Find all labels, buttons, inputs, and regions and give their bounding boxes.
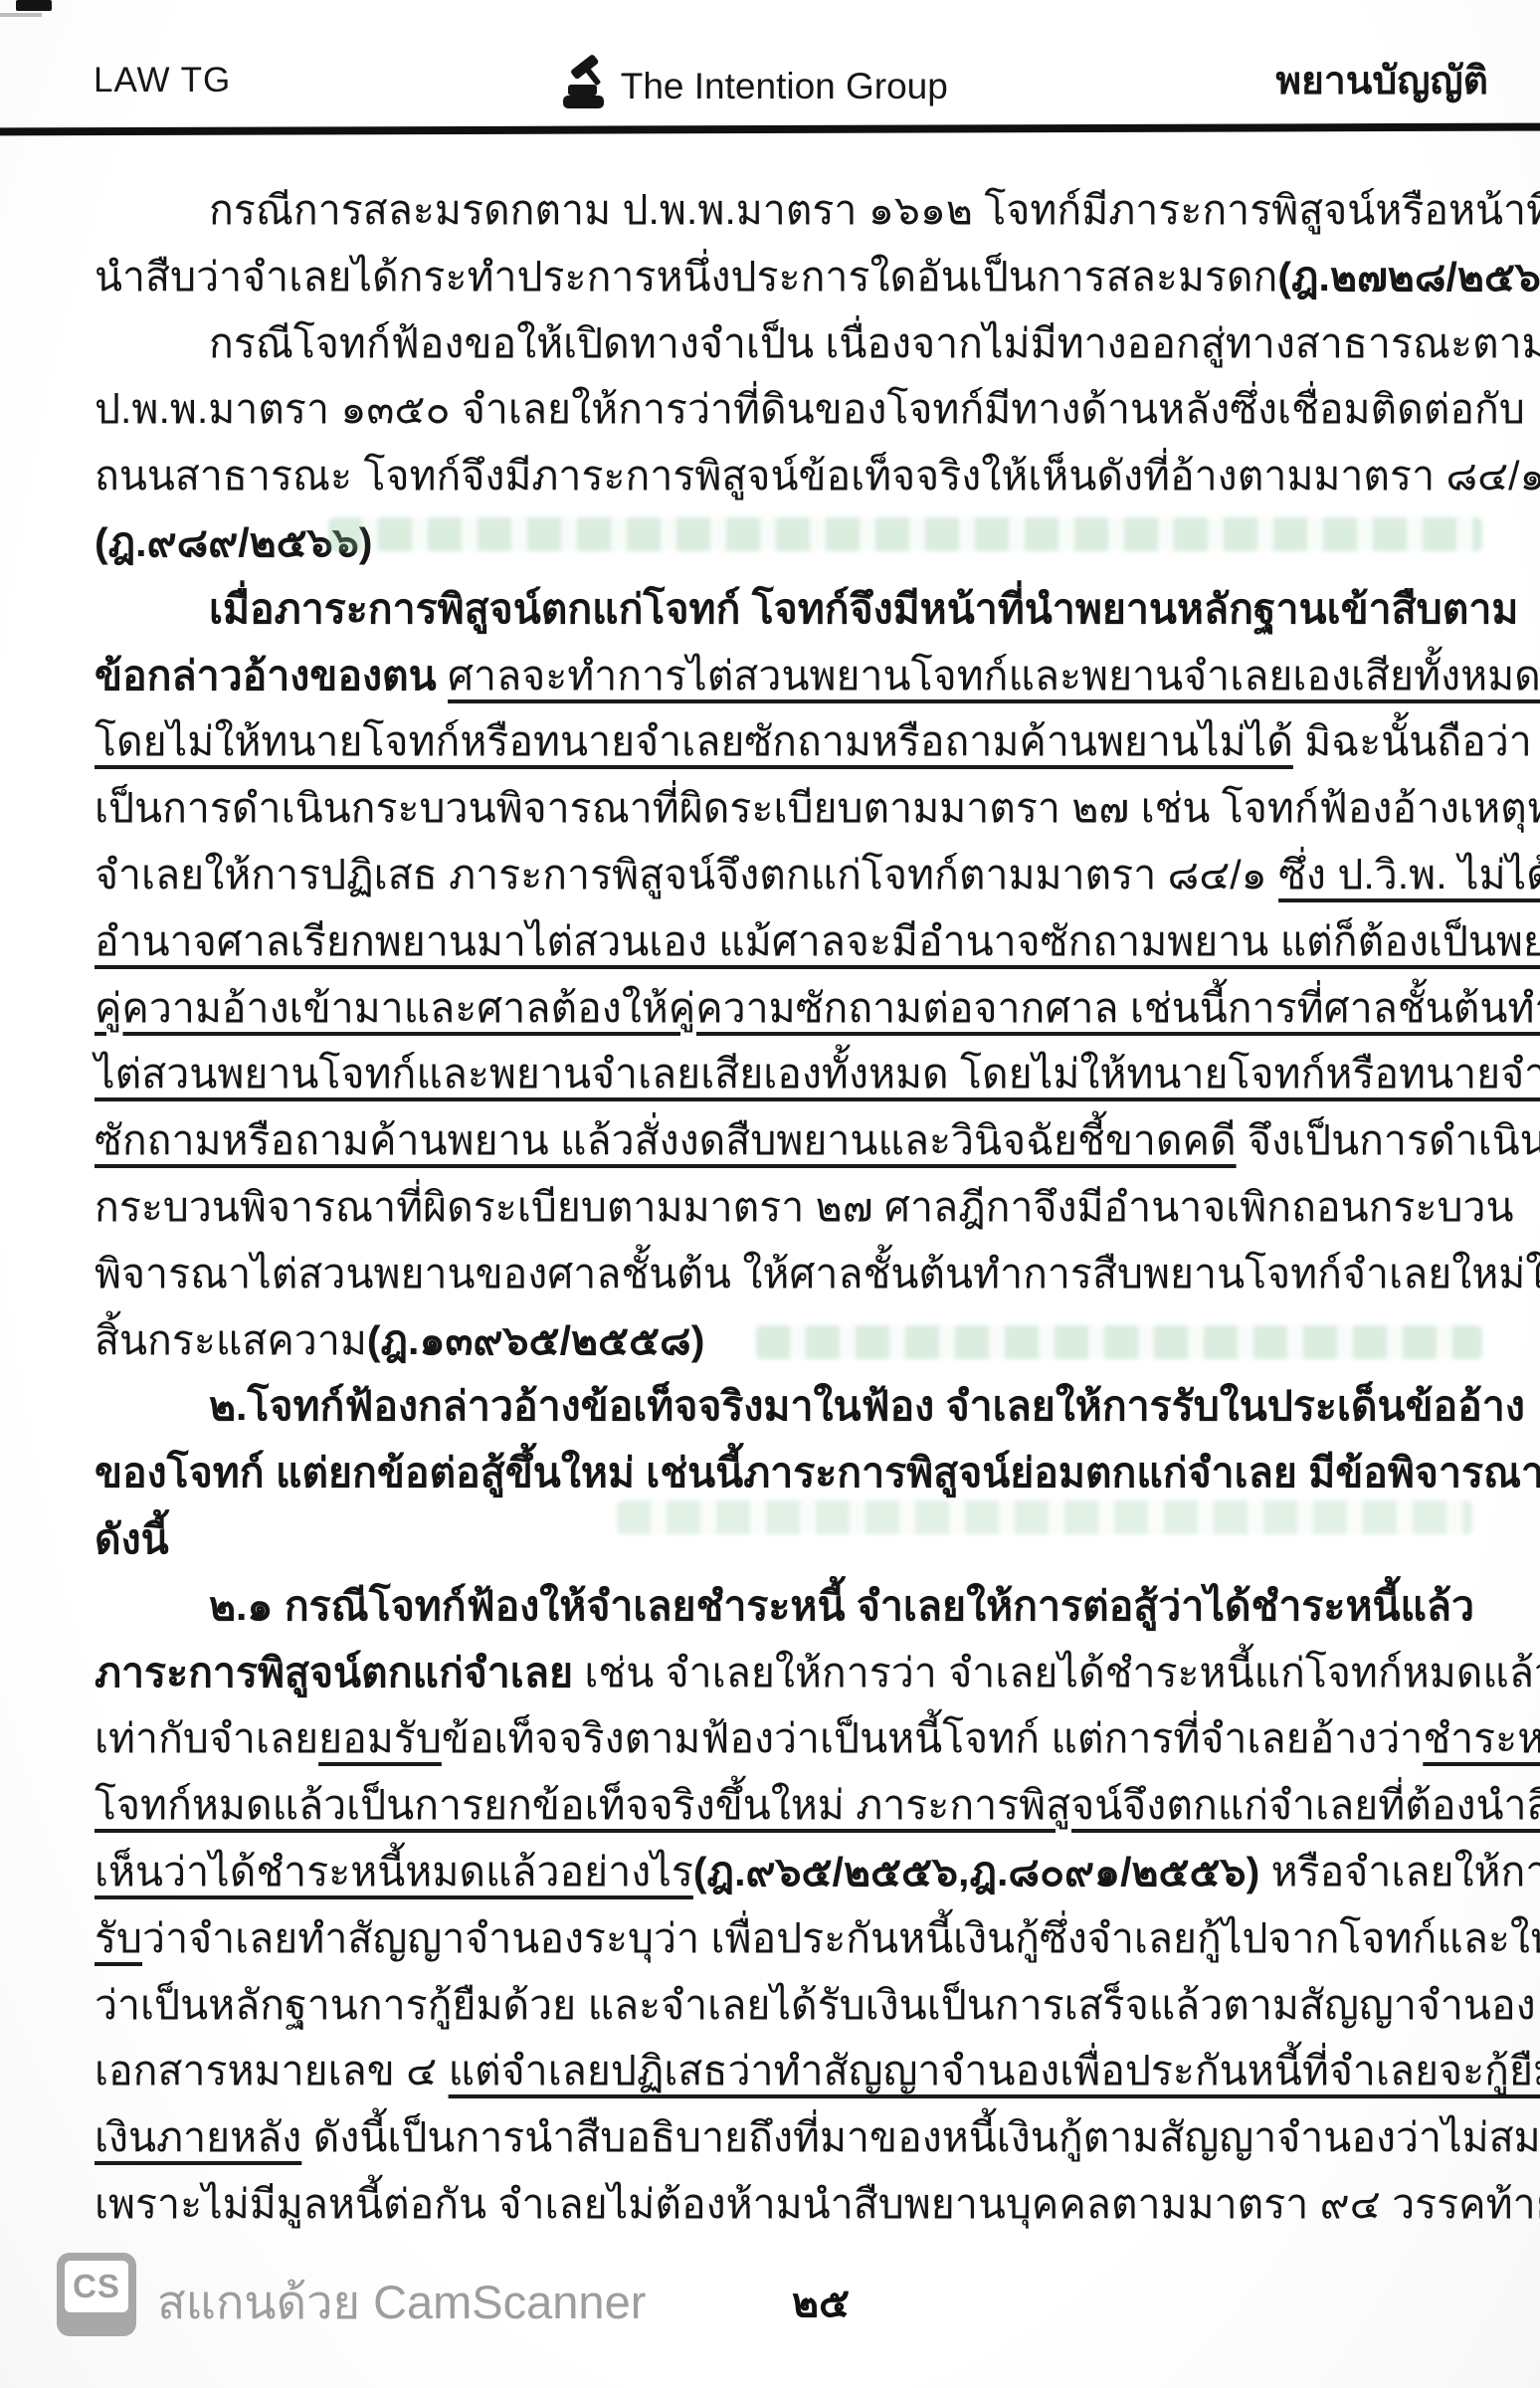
text-line: ซักถามหรือถามค้านพยาน แล้วสั่งงดสืบพยานแ… [95, 1107, 1490, 1174]
text-run: เพราะไม่มีมูลหนี้ต่อกัน จำเลยไม่ต้องห้าม… [95, 2181, 1540, 2227]
text-line: เมื่อภาระการพิสูจน์ตกแก่โจทก์ โจทก์จึงมี… [95, 576, 1490, 643]
document-body: กรณีการสละมรดกตาม ป.พ.พ.มาตรา ๑๖๑๒ โจทก์… [95, 177, 1490, 2238]
text-run: อำนาจศาลเรียกพยานมาไต่สวนเอง แม้ศาลจะมีอ… [95, 918, 1540, 964]
text-run: เช่น จำเลยให้การว่า จำเลยได้ชำระหนี้แก่โ… [573, 1650, 1540, 1695]
text-run: นำสืบว่าจำเลยได้กระทำประการหนึ่งประการใด… [95, 254, 1277, 299]
text-run: ว่าเป็นหลักฐานการกู้ยืมด้วย และจำเลยได้ร… [95, 1982, 1536, 2028]
text-run: (ฎ.๙๘๙/๒๕๖๖) [95, 519, 372, 565]
text-run: ดังนี้เป็นการนำสืบอธิบายถึงที่มาของหนี้เ… [301, 2114, 1540, 2160]
page-number: ๒๕ [792, 2271, 850, 2335]
text-run: มิฉะนั้นถือว่า [1293, 718, 1532, 764]
page-header: LAW TG The Intention Group พยานบัญญัติ [94, 50, 1488, 111]
text-line: กรณีการสละมรดกตาม ป.พ.พ.มาตรา ๑๖๑๒ โจทก์… [95, 177, 1490, 244]
text-run: ศาลจะทำการไต่สวนพยานโจทก์และพยานจำเลยเอง… [448, 653, 1540, 698]
header-divider-rule [0, 123, 1540, 136]
header-center-brand: The Intention Group [559, 54, 948, 107]
gavel-icon [559, 54, 613, 111]
text-line: ว่าเป็นหลักฐานการกู้ยืมด้วย และจำเลยได้ร… [95, 1972, 1490, 2039]
text-line: เอกสารหมายเลข ๔ แต่จำเลยปฏิเสธว่าทำสัญญา… [95, 2038, 1490, 2104]
header-left-label: LAW TG [94, 61, 231, 100]
text-run: ดังนี้ [95, 1516, 169, 1562]
text-run: เมื่อภาระการพิสูจน์ตกแก่โจทก์ โจทก์จึงมี… [209, 586, 1518, 632]
camscanner-logo-icon: CS [57, 2253, 136, 2336]
text-line: นำสืบว่าจำเลยได้กระทำประการหนึ่งประการใด… [95, 244, 1490, 310]
text-line: โดยไม่ให้ทนายโจทก์หรือทนายจำเลยซักถามหรื… [95, 708, 1490, 775]
text-line: เป็นการดำเนินกระบวนพิจารณาที่ผิดระเบียบต… [95, 775, 1490, 842]
text-run: ป.พ.พ.มาตรา ๑๓๕๐ จำเลยให้การว่าที่ดินของ… [95, 386, 1525, 432]
text-run: สิ้นกระแสความ [95, 1317, 367, 1363]
text-run: รับ [95, 1915, 142, 1961]
text-run: เงินภายหลัง [95, 2114, 301, 2160]
text-line: ดังนี้ [95, 1506, 1490, 1573]
text-line: ของโจทก์ แต่ยกข้อต่อสู้ขึ้นใหม่ เช่นนี้ภ… [95, 1440, 1490, 1506]
header-right-label: พยานบัญญัติ [1275, 50, 1488, 111]
text-line: ๒.โจทก์ฟ้องกล่าวอ้างข้อเท็จจริงมาในฟ้อง … [95, 1373, 1490, 1440]
text-run: ภาระการพิสูจน์ตกแก่จำเลย [95, 1650, 573, 1695]
text-run: เท่ากับจำเลย [95, 1715, 318, 1761]
text-run: ๒.๑ กรณีโจทก์ฟ้องให้จำเลยชำระหนี้ จำเลยใ… [209, 1583, 1474, 1629]
text-run: กระบวนพิจารณาที่ผิดระเบียบตามมาตรา ๒๗ ศา… [95, 1184, 1514, 1230]
text-line: ถนนสาธารณะ โจทก์จึงมีภาระการพิสูจน์ข้อเท… [95, 443, 1490, 509]
text-run: โดยไม่ให้ทนายโจทก์หรือทนายจำเลยซักถามหรื… [95, 718, 1293, 764]
scan-corner-artifact [16, 0, 52, 11]
text-line: กรณีโจทก์ฟ้องขอให้เปิดทางจำเป็น เนื่องจา… [95, 310, 1490, 377]
text-run: คู่ความอ้างเข้ามาและศาลต้องให้คู่ความซัก… [95, 985, 1540, 1031]
text-run: ข้อเท็จจริงตามฟ้องว่าเป็นหนี้โจทก์ แต่กา… [442, 1715, 1423, 1761]
text-run: เห็นว่าได้ชำระหนี้หมดแล้วอย่างไร [95, 1849, 693, 1894]
scan-corner-artifact-line [0, 13, 42, 17]
text-run: ๒.โจทก์ฟ้องกล่าวอ้างข้อเท็จจริงมาในฟ้อง … [209, 1383, 1525, 1429]
text-line: รับว่าจำเลยทำสัญญาจำนองระบุว่า เพื่อประก… [95, 1905, 1490, 1972]
text-run: ว่าจำเลยทำสัญญาจำนองระบุว่า เพื่อประกันห… [142, 1915, 1540, 1961]
text-run: ไต่สวนพยานโจทก์และพยานจำเลยเสียเองทั้งหม… [95, 1051, 1540, 1096]
text-run: พิจารณาไต่สวนพยานของศาลชั้นต้น ให้ศาลชั้… [95, 1251, 1540, 1296]
text-run: (ฎ.๑๓๙๖๕/๒๕๕๘) [367, 1317, 704, 1363]
text-run: ยอมรับ [318, 1715, 442, 1761]
text-line: คู่ความอ้างเข้ามาและศาลต้องให้คู่ความซัก… [95, 975, 1490, 1042]
text-run: หรือจำเลยให้การ [1259, 1849, 1540, 1894]
header-center-label: The Intention Group [621, 66, 948, 107]
text-line: เห็นว่าได้ชำระหนี้หมดแล้วอย่างไร(ฎ.๙๖๕/๒… [95, 1839, 1490, 1905]
text-run: ของโจทก์ แต่ยกข้อต่อสู้ขึ้นใหม่ เช่นนี้ภ… [95, 1450, 1540, 1495]
text-run: กรณีโจทก์ฟ้องขอให้เปิดทางจำเป็น เนื่องจา… [209, 320, 1540, 366]
text-line: สิ้นกระแสความ(ฎ.๑๓๙๖๕/๒๕๕๘) [95, 1307, 1490, 1374]
text-run: ซักถามหรือถามค้านพยาน แล้วสั่งงดสืบพยานแ… [95, 1117, 1237, 1163]
text-run: ข้อกล่าวอ้างของตน [95, 653, 448, 698]
text-line: โจทก์หมดแล้วเป็นการยกข้อเท็จจริงขึ้นใหม่… [95, 1772, 1490, 1839]
text-run: แต่จำเลยปฏิเสธว่าทำสัญญาจำนองเพื่อประกัน… [449, 2048, 1540, 2093]
text-line: เพราะไม่มีมูลหนี้ต่อกัน จำเลยไม่ต้องห้าม… [95, 2171, 1490, 2238]
text-line: ภาระการพิสูจน์ตกแก่จำเลย เช่น จำเลยให้กา… [95, 1640, 1490, 1706]
text-line: ไต่สวนพยานโจทก์และพยานจำเลยเสียเองทั้งหม… [95, 1041, 1490, 1107]
camscanner-logo-label: CS [65, 2261, 128, 2312]
text-run: โจทก์หมดแล้วเป็นการยกข้อเท็จจริงขึ้นใหม่… [95, 1782, 1540, 1828]
text-run: (ฎ.๒๗๒๘/๒๕๖๓) [1277, 254, 1540, 299]
text-line: อำนาจศาลเรียกพยานมาไต่สวนเอง แม้ศาลจะมีอ… [95, 908, 1490, 975]
text-line: พิจารณาไต่สวนพยานของศาลชั้นต้น ให้ศาลชั้… [95, 1241, 1490, 1307]
text-line: เท่ากับจำเลยยอมรับข้อเท็จจริงตามฟ้องว่าเ… [95, 1705, 1490, 1772]
text-run: จึงเป็นการดำเนิน [1237, 1117, 1540, 1163]
text-line: ข้อกล่าวอ้างของตน ศาลจะทำการไต่สวนพยานโจ… [95, 643, 1490, 709]
text-run: ชำระหนี้แก่ [1423, 1715, 1540, 1761]
text-run: จำเลยให้การปฏิเสธ ภาระการพิสูจน์จึงตกแก่… [95, 852, 1278, 897]
text-run: ซึ่ง ป.วิ.พ. ไม่ได้ให้ [1278, 852, 1540, 897]
text-line: ป.พ.พ.มาตรา ๑๓๕๐ จำเลยให้การว่าที่ดินของ… [95, 376, 1490, 443]
text-line: (ฎ.๙๘๙/๒๕๖๖) [95, 509, 1490, 576]
text-run: เอกสารหมายเลข ๔ [95, 2048, 449, 2093]
text-line: จำเลยให้การปฏิเสธ ภาระการพิสูจน์จึงตกแก่… [95, 842, 1490, 908]
text-run: (ฎ.๙๖๕/๒๕๕๖,ฎ.๘๐๙๑/๒๕๕๖) [693, 1849, 1259, 1894]
text-run: ถนนสาธารณะ โจทก์จึงมีภาระการพิสูจน์ข้อเท… [95, 453, 1540, 498]
text-line: เงินภายหลัง ดังนี้เป็นการนำสืบอธิบายถึงท… [95, 2104, 1490, 2171]
text-run: เป็นการดำเนินกระบวนพิจารณาที่ผิดระเบียบต… [95, 785, 1540, 831]
camscanner-watermark-text: สแกนด้วย CamScanner [157, 2265, 646, 2339]
text-line: กระบวนพิจารณาที่ผิดระเบียบตามมาตรา ๒๗ ศา… [95, 1174, 1490, 1241]
text-run: กรณีการสละมรดกตาม ป.พ.พ.มาตรา ๑๖๑๒ โจทก์… [209, 187, 1540, 233]
text-line: ๒.๑ กรณีโจทก์ฟ้องให้จำเลยชำระหนี้ จำเลยใ… [95, 1573, 1490, 1640]
